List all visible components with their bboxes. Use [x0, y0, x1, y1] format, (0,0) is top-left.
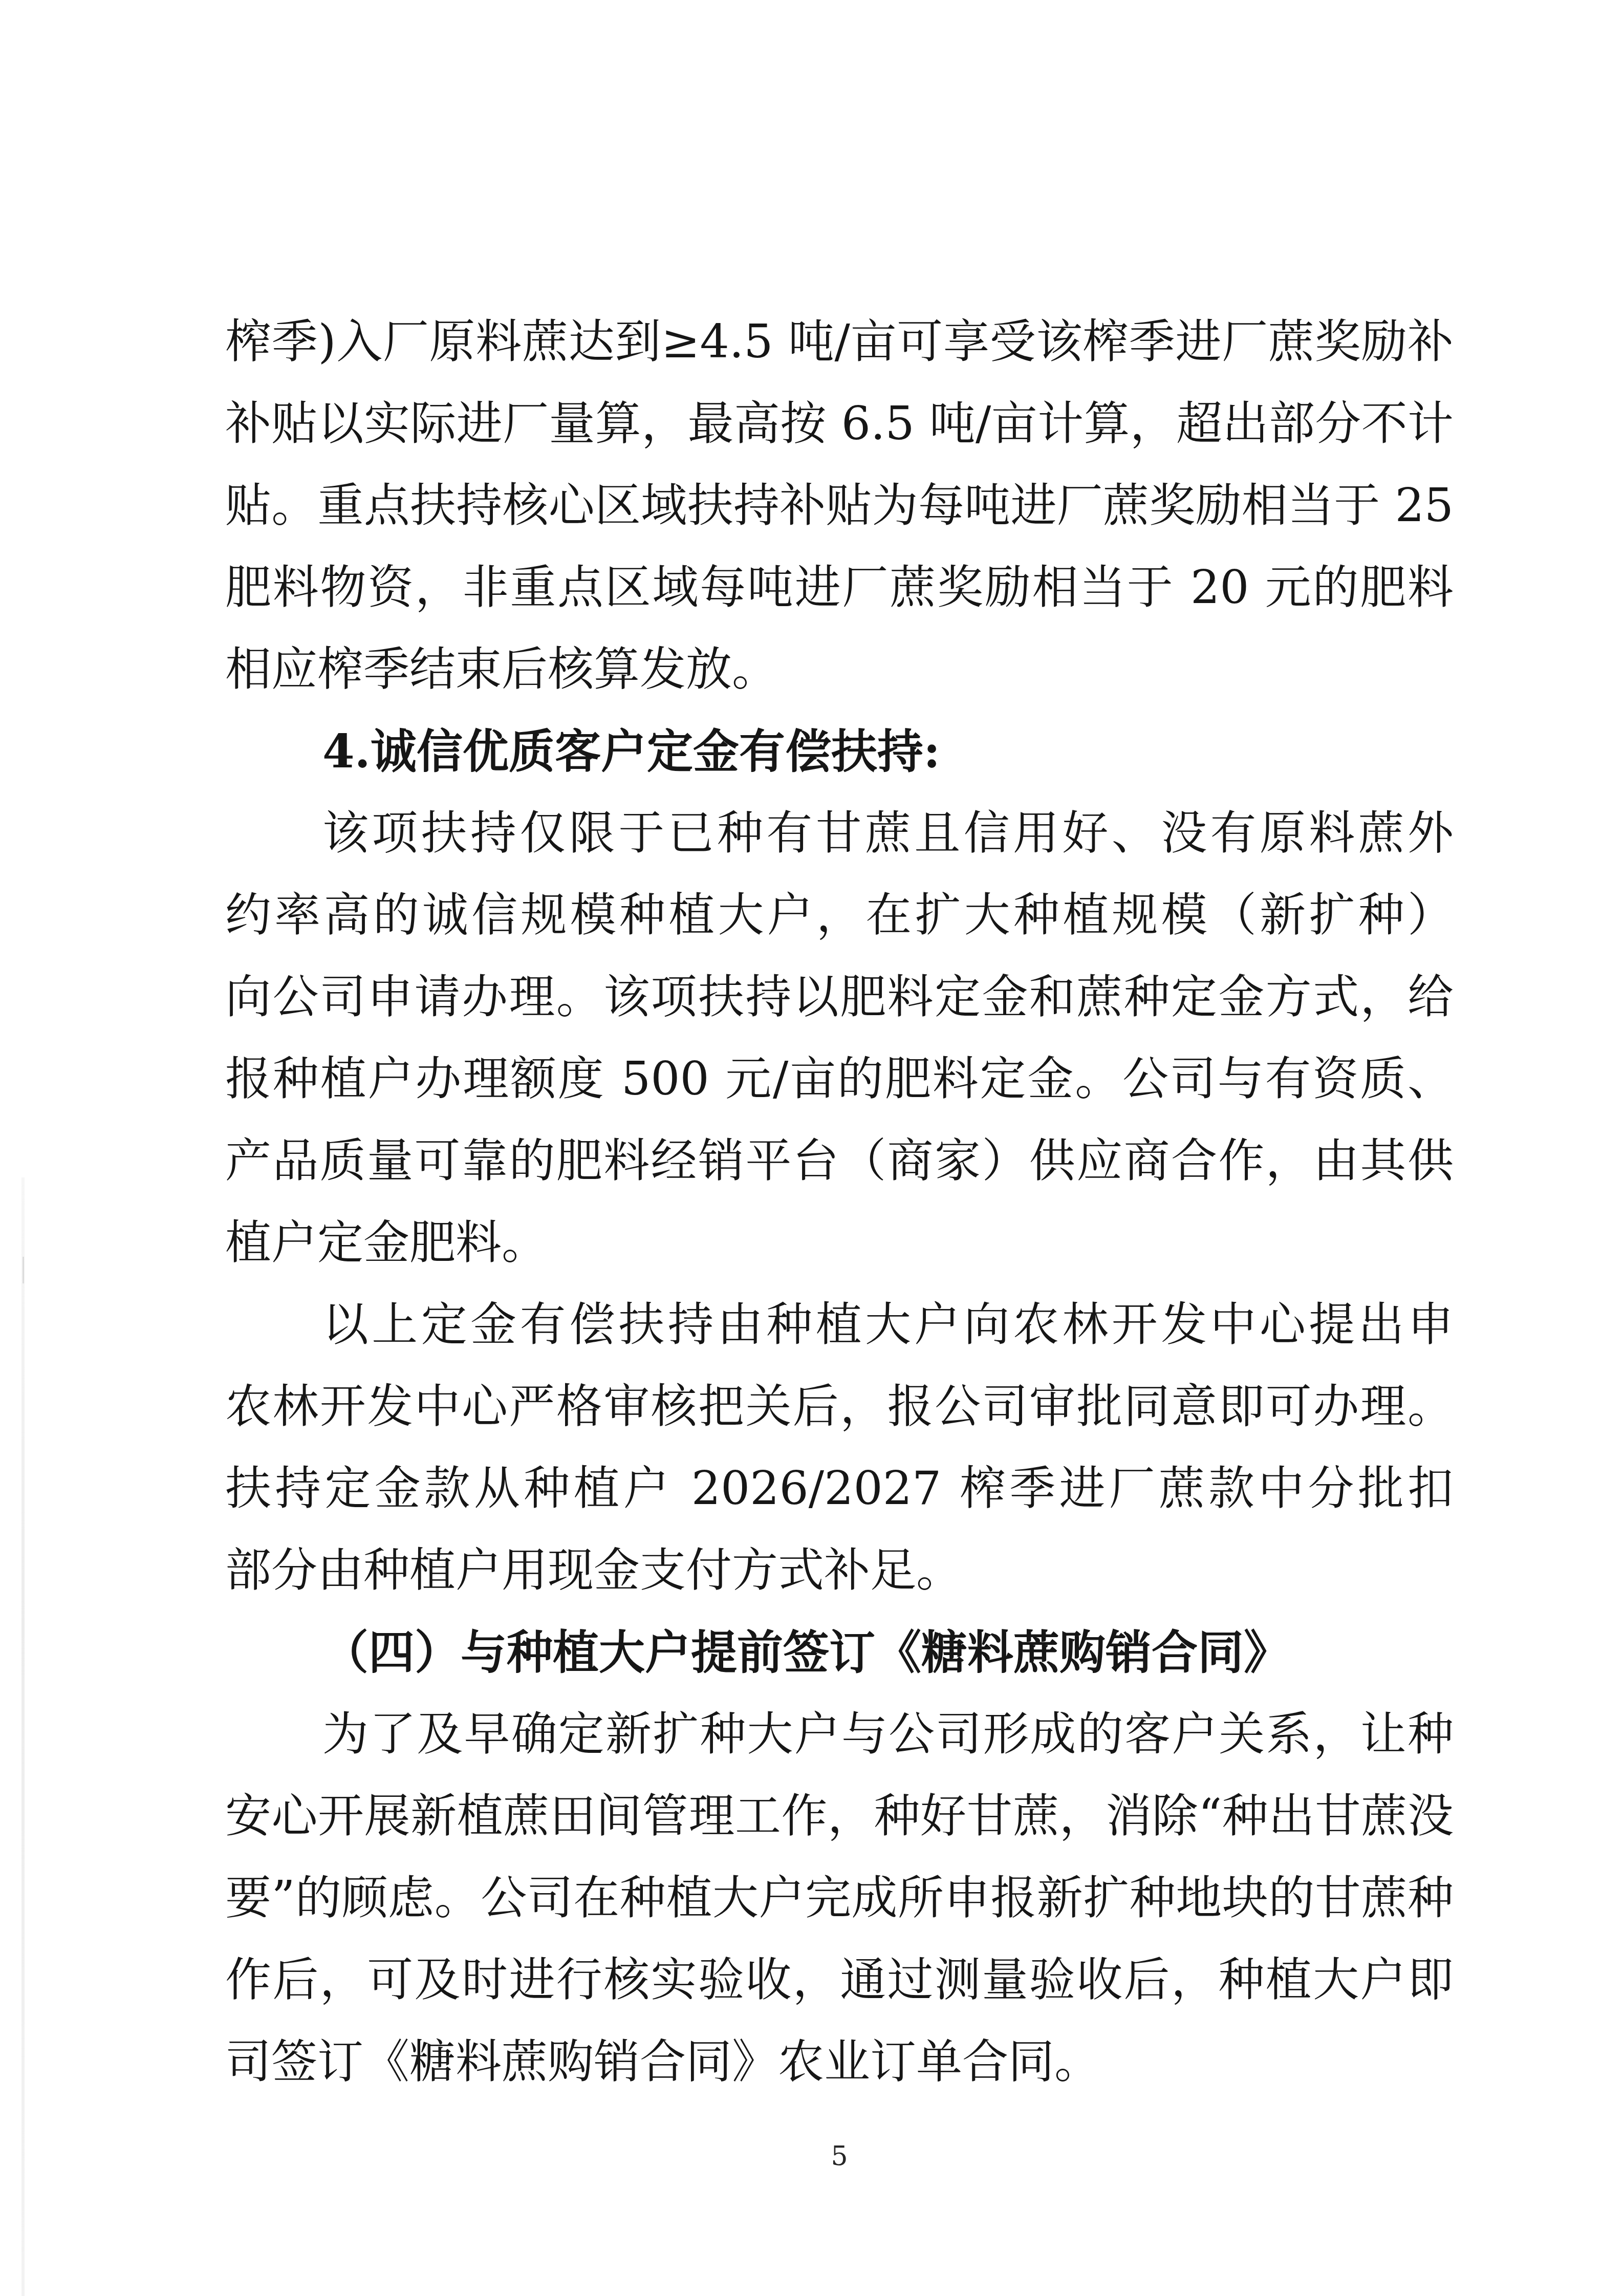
- body-text-line: 相应榨季结束后核算发放。: [225, 629, 1454, 711]
- scan-artifact-left-streak: [21, 1177, 25, 2296]
- page-number: 5: [225, 2136, 1454, 2177]
- body-text-line: 以上定金有偿扶持由种植大户向农林开发中心提出申请，经: [225, 1284, 1454, 1366]
- body-text-line: 扶持定金款从种植户 2026/2027 榨季进厂蔗款中分批扣除，不足: [225, 1448, 1454, 1530]
- body-text-line: 植户定金肥料。: [225, 1202, 1454, 1284]
- body-text-line: 该项扶持仅限于已种有甘蔗且信用好、没有原料蔗外流、履: [225, 792, 1454, 874]
- body-text-line: 报种植户办理额度 500 元/亩的肥料定金。公司与有资质、信誉好、: [225, 1038, 1454, 1120]
- heading-line: （四）与种植大户提前签订《糖料蔗购销合同》: [225, 1612, 1454, 1693]
- body-text-line: 补贴以实际进厂量算，最高按 6.5 吨/亩计算，超出部分不计入补: [225, 383, 1454, 465]
- document-body: 榨季)入厂原料蔗达到≥4.5 吨/亩可享受该榨季进厂蔗奖励补贴。补贴以实际进厂量…: [225, 301, 1454, 2103]
- body-text-line: 作后，可及时进行核实验收，通过测量验收后，种植大户即可与公: [225, 1939, 1454, 2021]
- document-page: 榨季)入厂原料蔗达到≥4.5 吨/亩可享受该榨季进厂蔗奖励补贴。补贴以实际进厂量…: [0, 0, 1624, 2296]
- body-text-line: 要”的顾虑。公司在种植大户完成所申报新扩种地块的甘蔗种植工: [225, 1857, 1454, 1939]
- body-text-line: 榨季)入厂原料蔗达到≥4.5 吨/亩可享受该榨季进厂蔗奖励补贴。: [225, 301, 1454, 383]
- body-text-line: 为了及早确定新扩种大户与公司形成的客户关系，让种植大户: [225, 1693, 1454, 1775]
- body-text-line: 向公司申请办理。该项扶持以肥料定金和蔗种定金方式，给予申: [225, 956, 1454, 1038]
- body-text-line: 约率高的诚信规模种植大户，在扩大种植规模（新扩种）时，可: [225, 874, 1454, 956]
- body-text-line: 产品质量可靠的肥料经销平台（商家）供应商合作，由其供给种: [225, 1120, 1454, 1202]
- body-text-line: 农林开发中心严格审核把关后，报公司审批同意即可办理。以上: [225, 1366, 1454, 1448]
- body-text-line: 安心开展新植蔗田间管理工作，种好甘蔗，消除“种出甘蔗没有人: [225, 1775, 1454, 1857]
- body-text-line: 部分由种植户用现金支付方式补足。: [225, 1530, 1454, 1612]
- body-text-line: 贴。重点扶持核心区域扶持补贴为每吨进厂蔗奖励相当于 25 元的: [225, 465, 1454, 547]
- body-text-line: 司签订《糖料蔗购销合同》农业订单合同。: [225, 2021, 1454, 2103]
- body-text-line: 肥料物资，非重点区域每吨进厂蔗奖励相当于 20 元的肥料物资，: [225, 547, 1454, 629]
- scan-artifact-left-tick: [23, 1257, 24, 1283]
- heading-line: 4.诚信优质客户定金有偿扶持:: [225, 711, 1454, 792]
